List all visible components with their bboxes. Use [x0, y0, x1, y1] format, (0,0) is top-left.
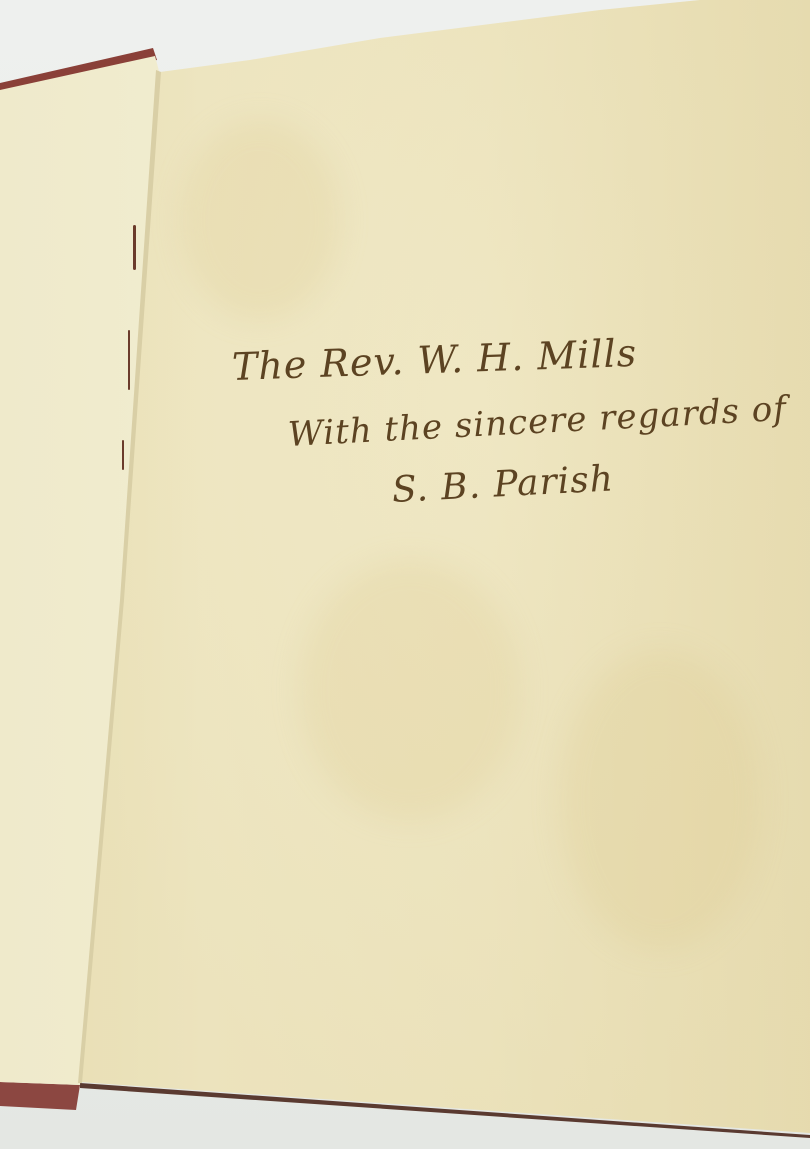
foxing-stain [560, 650, 760, 950]
book-photograph: The Rev. W. H. Mills With the sincere re… [0, 0, 810, 1149]
foxing-stain [180, 120, 340, 320]
foxing-stain [300, 560, 520, 820]
hinge-tear [133, 225, 136, 270]
hinge-tear [128, 330, 130, 390]
hinge-tear [122, 440, 124, 470]
